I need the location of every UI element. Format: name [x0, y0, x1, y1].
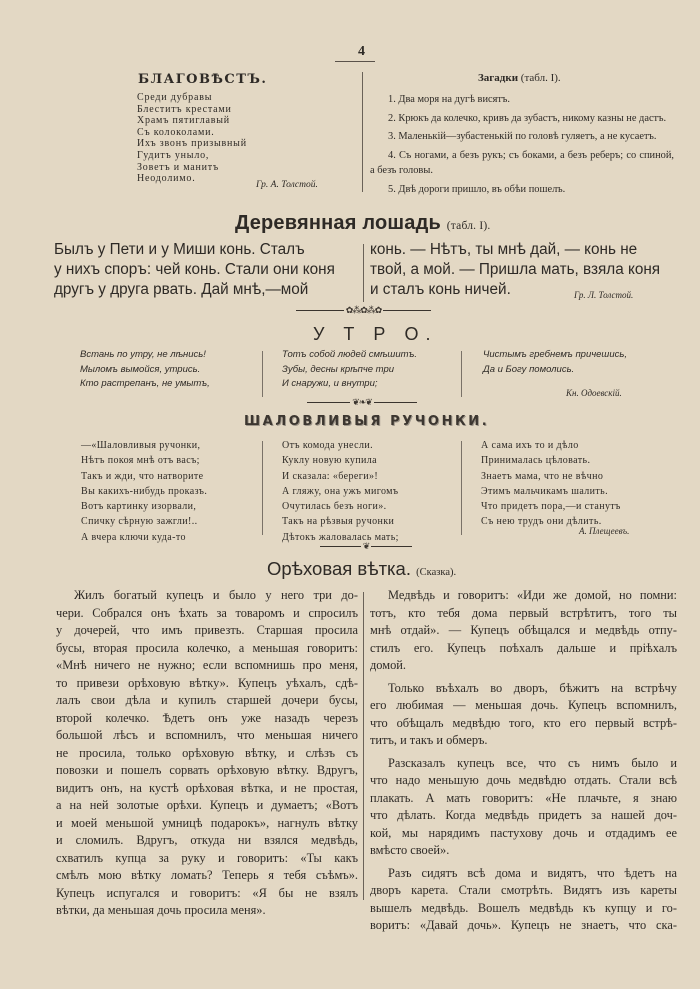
column-divider: [461, 441, 462, 535]
text-line: домой.: [370, 657, 677, 675]
poem-line: Знаетъ мама, что не вѣчно: [481, 469, 621, 484]
poem-naughty-hands-col1: —«Шаловливыя ручонки, Нѣтъ покоя мнѣ отъ…: [81, 438, 207, 545]
text-line: другъ у друга рвать. Дай мнѣ,—мой: [54, 280, 357, 300]
text-line: мнѣ отдай». — Купецъ обѣщался и медвѣдь …: [370, 622, 677, 640]
poem-line: Куклу новую купила: [282, 453, 399, 468]
text-line: дворъ карета. Стали смотрѣть. Видятъ изъ…: [370, 882, 677, 900]
text-line: что надо меньшую дочь медвѣдю отдать. Ст…: [370, 772, 677, 790]
ornament-line: [307, 402, 350, 403]
riddle-item: 1. Два моря на дугѣ висятъ.: [370, 92, 674, 108]
poem-line: Гудитъ уныло,: [137, 150, 247, 162]
text-line: видитъ онъ, на кустѣ орѣховая вѣтка, и н…: [56, 780, 358, 798]
text-line: бусы, вторая просила колечко, а меньшая …: [56, 640, 358, 658]
text-line: чери. Собрался онъ ѣхать за товаромъ и с…: [56, 605, 358, 623]
text-line: титъ, и такъ и обмеръ.: [370, 732, 677, 750]
ornament-line: [320, 546, 361, 547]
poem-author: Кн. Одоевскій.: [566, 388, 622, 398]
column-divider: [362, 72, 363, 192]
riddles-title: Загадки (табл. I).: [478, 72, 561, 84]
poem-line: Ихъ звонъ призывный: [137, 138, 247, 150]
text-line: что дѣлать. Когда медвѣдь придетъ за наш…: [370, 807, 677, 825]
poem-line: А вчера ключи куда-то: [81, 530, 207, 545]
ornament-divider: ✿⁂✿⁂✿: [296, 305, 431, 315]
document-page: 4 БЛАГОВѢСТЪ. Среди дубравы Блеститъ кре…: [0, 0, 700, 989]
text-line: кой, мы нарядимъ пастухову дочь и отдади…: [370, 825, 677, 843]
poem-author: А. Плещеевъ.: [579, 526, 629, 536]
poem-line: И снаружи, и внутри;: [282, 377, 417, 392]
story-title-ref: (табл. I).: [447, 220, 491, 232]
poem-line: Кто растрепанъ, не умытъ,: [80, 377, 210, 392]
poem-line: Неодолимо.: [137, 173, 247, 185]
ornament-glyph: ❦❧❦: [350, 397, 374, 408]
riddles-list: 1. Два моря на дугѣ висятъ. 2. Крюкъ да …: [370, 92, 674, 200]
poem-blagovest: Среди дубравы Блеститъ крестами Храмъ пя…: [137, 92, 247, 185]
text-line: то привези орѣховую вѣтку». Купецъ уѣхал…: [56, 675, 358, 693]
text-line: Купецъ испугался и говоритъ: «Я бы не вз…: [56, 885, 358, 903]
poem-line: Храмъ пятиглавый: [137, 115, 247, 127]
column-divider: [262, 441, 263, 535]
text-line: второй колечко. Ѣдетъ онъ уже назадъ чер…: [56, 710, 358, 728]
riddle-item: 4. Съ ногами, а безъ рукъ; съ боками, а …: [370, 148, 674, 179]
poem-line: Среди дубравы: [137, 92, 247, 104]
story-wooden-horse-left: Былъ у Пети и у Миши конь. Сталъ у нихъ …: [54, 240, 357, 300]
poem-line: Этимъ мальчикамъ шалить.: [481, 484, 621, 499]
poem-title-naughty-hands: ШАЛОВЛИВЫЯ РУЧОНКИ.: [244, 414, 489, 429]
poem-line: Встань по утру, не лѣнись!: [80, 348, 210, 363]
text-line: вышелъ медвѣдь. Вошелъ медвѣдь къ купцу …: [370, 900, 677, 918]
text-line: что обѣщалъ медвѣдю того, кто его первый…: [370, 715, 677, 733]
text-line: Только въѣхалъ во дворъ, бѣжитъ на встрѣ…: [370, 680, 677, 698]
riddle-item: 5. Двѣ дороги пришло, въ обѣи пошелъ.: [370, 182, 674, 198]
poem-line: Такъ на рѣзвыя ручонки: [282, 514, 399, 529]
text-line: схватилъ купца за руку и говоритъ: «Ты к…: [56, 850, 358, 868]
poem-line: Блеститъ крестами: [137, 104, 247, 116]
column-divider: [363, 592, 364, 900]
text-line: вѣтки, да меньшая дочь просила меня».: [56, 902, 358, 920]
story-title-nut-branch: Орѣховая вѣтка. (Сказка).: [267, 558, 456, 580]
column-divider: [461, 351, 462, 397]
poem-line: И сказала: «береги»!: [282, 469, 399, 484]
story-title-text: Деревянная лошадь: [235, 212, 441, 234]
poem-line: —«Шаловливыя ручонки,: [81, 438, 207, 453]
ornament-line: [371, 546, 412, 547]
text-line: воритъ: «Давай дочь». Купецъ не знаетъ, …: [370, 917, 677, 935]
ornament-divider: ❦❧❦: [307, 397, 417, 407]
ornament-glyph: ❦: [361, 541, 372, 552]
poem-naughty-hands-col2: Отъ комода унесли. Куклу новую купила И …: [282, 438, 399, 545]
text-line: «Мнѣ ничего не нужно; если вспомнишь про…: [56, 657, 358, 675]
ornament-line: [296, 310, 344, 311]
poem-morning-col1: Встань по утру, не лѣнись! Мыломъ вымойс…: [80, 348, 210, 392]
riddle-item: 2. Крюкъ да колечко, кривъ да зубастъ, н…: [370, 111, 674, 127]
text-line: у дочерей, что имъ привезть. Старшая про…: [56, 622, 358, 640]
page-number: 4: [358, 44, 365, 60]
ornament-line: [383, 310, 431, 311]
poem-line: Съ колоколами.: [137, 127, 247, 139]
text-line: тотъ, кто тебя дома первый встрѣтитъ, то…: [370, 605, 677, 623]
riddles-title-text: Загадки: [478, 72, 518, 84]
poem-line: А гляжу, она ужъ мигомъ: [282, 484, 399, 499]
story-title-text: Орѣховая вѣтка.: [267, 558, 411, 579]
ornament-divider: ❦: [320, 541, 412, 551]
text-line: стилъ его. Купецъ поѣхалъ дальше и пріѣх…: [370, 640, 677, 658]
story-title-wooden-horse: Деревянная лошадь (табл. I).: [235, 212, 490, 235]
riddles-title-ref: (табл. I).: [521, 72, 561, 84]
poem-line: Нѣтъ покоя мнѣ отъ васъ;: [81, 453, 207, 468]
poem-author: Гр. А. Толстой.: [256, 180, 318, 190]
text-line: конь. — Нѣтъ, ты мнѣ дай, — конь не: [370, 240, 677, 260]
poem-title-blagovest: БЛАГОВѢСТЪ.: [138, 72, 267, 87]
text-line: у нихъ споръ: чей конь. Стали они коня: [54, 260, 357, 280]
poem-line: Отъ комода унесли.: [282, 438, 399, 453]
riddle-item: 3. Маленькій—зубастенькій по головѣ гуля…: [370, 129, 674, 145]
poem-line: Зубы, десны крѣпче три: [282, 363, 417, 378]
text-line: и моей меньшой умницѣ подарокъ», нагнулъ…: [56, 815, 358, 833]
text-line: Жилъ богатый купецъ и было у него три до…: [56, 587, 358, 605]
poem-line: Да и Богу помолись.: [483, 363, 627, 378]
text-line: Былъ у Пети и у Миши конь. Сталъ: [54, 240, 357, 260]
text-line: плакать. А мать говоритъ: «Не плачьте, я…: [370, 790, 677, 808]
poem-morning-col2: Тотъ собой людей смѣшитъ. Зубы, десны кр…: [282, 348, 417, 392]
text-line: большой лѣсъ и вспомнилъ, что меньшая ни…: [56, 727, 358, 745]
poem-line: Вотъ картинку изорвали,: [81, 499, 207, 514]
column-divider: [363, 244, 364, 302]
poem-line: Мыломъ вымойся, утрись.: [80, 363, 210, 378]
text-line: его любимая — меньшая дочь. Купецъ вспом…: [370, 697, 677, 715]
poem-line: Принималась цѣловать.: [481, 453, 621, 468]
text-line: смѣлъ мою вѣтку ломать? Теперь я тебя съ…: [56, 867, 358, 885]
poem-line: Вы какихъ-нибудь проказъ.: [81, 484, 207, 499]
text-line: Разсказалъ купецъ все, что съ нимъ было …: [370, 755, 677, 773]
story-nut-branch-left: Жилъ богатый купецъ и было у него три до…: [56, 587, 358, 920]
poem-line: А сама ихъ то и дѣло: [481, 438, 621, 453]
story-author: Гр. Л. Толстой.: [574, 290, 633, 300]
header-rule: [335, 61, 375, 62]
story-title-ref: (Сказка).: [416, 567, 456, 578]
text-line: лалъ свои дѣла и купилъ старшей дочери б…: [56, 692, 358, 710]
poem-line: Зоветъ и манитъ: [137, 162, 247, 174]
poem-morning-col3: Чистымъ гребнемъ причешись, Да и Богу по…: [483, 348, 627, 377]
text-line: Медвѣдь и говоритъ: «Иди же домой, но по…: [370, 587, 677, 605]
text-line: и сломилъ. Вдругъ, откуда ни взялся медв…: [56, 832, 358, 850]
text-line: не просила, только орѣховую вѣтку, и слѣ…: [56, 745, 358, 763]
story-nut-branch-right: Медвѣдь и говоритъ: «Иди же домой, но по…: [370, 587, 677, 935]
poem-line: Такъ и жди, что натворите: [81, 469, 207, 484]
ornament-glyph: ✿⁂✿⁂✿: [344, 305, 384, 316]
text-line: вмѣсто своей».: [370, 842, 677, 860]
text-line: твой, а мой. — Пришла мать, взяла коня: [370, 260, 677, 280]
poem-title-morning: У Т Р О.: [313, 324, 437, 345]
poem-line: Очутилась безъ ноги».: [282, 499, 399, 514]
poem-naughty-hands-col3: А сама ихъ то и дѣло Принималась цѣловат…: [481, 438, 621, 530]
poem-line: Что придетъ пора,—и станутъ: [481, 499, 621, 514]
poem-line: Чистымъ гребнемъ причешись,: [483, 348, 627, 363]
poem-line: Тотъ собой людей смѣшитъ.: [282, 348, 417, 363]
column-divider: [262, 351, 263, 397]
text-line: повозки и пошелъ сорвать орѣховую вѣтку.…: [56, 762, 358, 780]
text-line: а на ней золотые орѣхи. Купецъ и думаетъ…: [56, 797, 358, 815]
ornament-line: [374, 402, 417, 403]
poem-line: Спичку сѣрную зажгли!..: [81, 514, 207, 529]
text-line: Разъ сидятъ всѣ дома и видятъ, что ѣдетъ…: [370, 865, 677, 883]
